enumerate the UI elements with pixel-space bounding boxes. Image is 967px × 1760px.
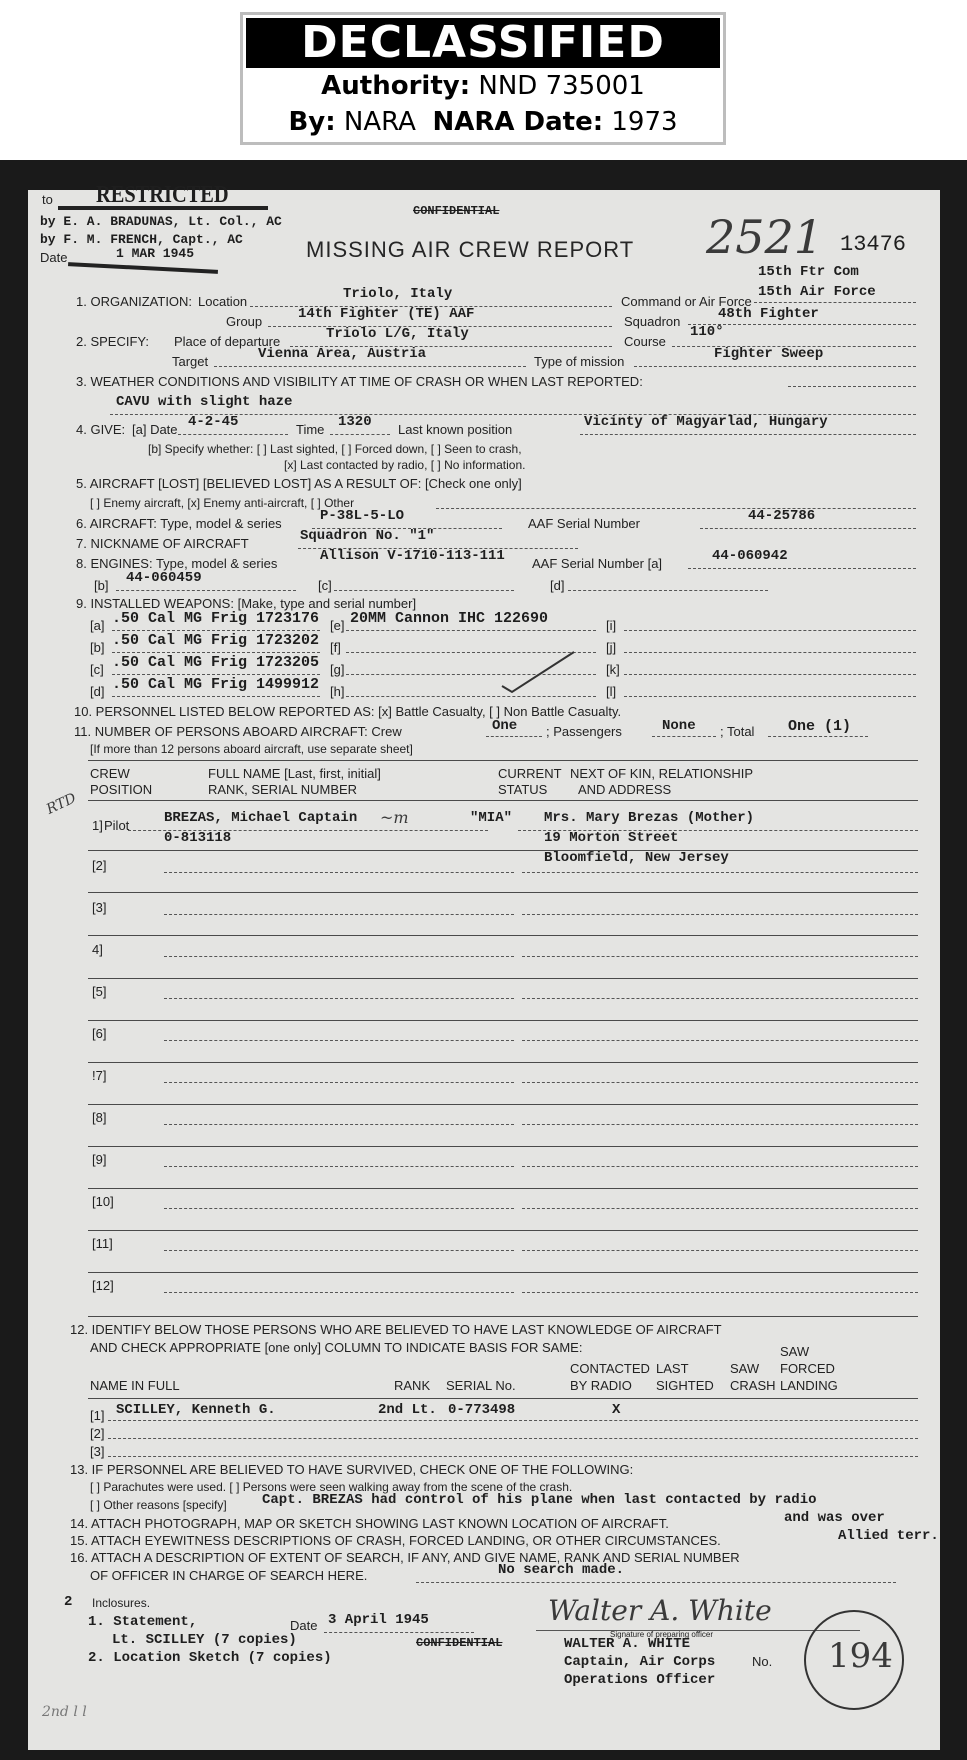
weapon-c: .50 Cal MG Frig 1723205	[112, 654, 319, 671]
mission-value: Fighter Sweep	[714, 346, 823, 362]
header-rank: RANK	[394, 1378, 430, 1393]
knowledge-row-2-num: [2]	[90, 1426, 104, 1441]
squadron-value: 48th Fighter	[718, 306, 819, 322]
crew-row-8-rule	[88, 1146, 918, 1147]
crew-row-12-kin-line	[522, 1292, 918, 1293]
weapon-slot-f: [f]	[330, 640, 341, 655]
inclosure-1: 1. Statement,	[88, 1614, 197, 1630]
weather-line-1	[788, 386, 916, 387]
knowledge-row-1-radio-check: X	[612, 1402, 620, 1418]
engine-serial-a: 44-060942	[712, 548, 788, 564]
initials-mark: ~m	[380, 808, 409, 827]
crew-row-12-num: [12]	[92, 1278, 114, 1293]
header-last-sighted: LAST SIGHTED	[656, 1360, 714, 1394]
passengers-label: ; Passengers	[546, 724, 622, 739]
attach-photo-label: 14. ATTACH PHOTOGRAPH, MAP OR SKETCH SHO…	[70, 1516, 669, 1531]
command-line	[754, 302, 916, 303]
time-line	[330, 434, 390, 435]
crew-row-8-kin-line	[522, 1124, 918, 1125]
header-status: STATUS	[498, 782, 547, 797]
weapons-label: 9. INSTALLED WEAPONS: [Make, type and se…	[76, 596, 416, 611]
last-knowledge-label-1: 12. IDENTIFY BELOW THOSE PERSONS WHO ARE…	[70, 1322, 722, 1337]
header-position: POSITION	[90, 782, 152, 797]
knowledge-header-rule	[88, 1398, 918, 1399]
weapon-c-line	[112, 674, 320, 675]
engine-serial-label: AAF Serial Number [a]	[532, 556, 662, 571]
target-label: Target	[172, 354, 208, 369]
crew-row-1-status: "MIA"	[470, 810, 512, 826]
total-label: ; Total	[720, 724, 754, 739]
crew-row-3-num: [3]	[92, 900, 106, 915]
inclosures-label: Inclosures.	[92, 1596, 150, 1610]
engine-d-label: [d]	[550, 578, 564, 593]
crew-row-1-position: Pilot	[104, 818, 129, 833]
confidential-struck: CONFIDENTIAL	[413, 204, 499, 218]
footer-confidential-struck: CONFIDENTIAL	[416, 1636, 502, 1650]
persons-aboard-label: 11. NUMBER OF PERSONS ABOARD AIRCRAFT: C…	[74, 724, 402, 739]
stamp-authority: Authority: NND 735001	[243, 68, 723, 104]
last-knowledge-label-2: AND CHECK APPROPRIATE [one only] COLUMN …	[90, 1340, 582, 1355]
passengers-line	[652, 736, 716, 737]
header-full-name: FULL NAME [Last, first, initial]	[208, 766, 381, 781]
stamp-by: By: NARA NARA Date: 1973	[243, 104, 723, 140]
organization-label: 1. ORGANIZATION:	[76, 294, 192, 309]
specify-whether: [b] Specify whether: [ ] Last sighted, […	[148, 442, 522, 456]
crew-row-9-name-line	[164, 1166, 514, 1167]
knowledge-row-3-line	[108, 1456, 918, 1457]
crew-row-12-name-line	[164, 1292, 514, 1293]
weapon-slot-i: [i]	[606, 618, 616, 633]
survived-label: 13. IF PERSONNEL ARE BELIEVED TO HAVE SU…	[70, 1462, 633, 1477]
crew-row-9-num: [9]	[92, 1152, 106, 1167]
inclosure-1-detail: Lt. SCILLEY (7 copies)	[112, 1632, 297, 1648]
weapon-slot-k: [k]	[606, 662, 620, 677]
personnel-reported-as: 10. PERSONNEL LISTED BELOW REPORTED AS: …	[74, 704, 621, 719]
restricted-stamp: RESTRICTED	[96, 182, 229, 209]
missing-air-crew-report-form: to RESTRICTED by E. A. BRADUNAS, Lt. Col…	[28, 190, 940, 1750]
crew-row-8-num: [8]	[92, 1110, 106, 1125]
search-label-1: 16. ATTACH A DESCRIPTION OF EXTENT OF SE…	[70, 1550, 740, 1565]
total-count: One (1)	[788, 718, 851, 735]
weapon-slot-e: [e]	[330, 618, 344, 633]
weapon-slot-a: [a]	[90, 618, 104, 633]
weapon-slot-d: [d]	[90, 684, 104, 699]
group-label: Group	[226, 314, 262, 329]
location-label: Location	[198, 294, 247, 309]
header-saw-crash: SAW CRASH	[730, 1360, 776, 1394]
crew-row-9-rule	[88, 1188, 918, 1189]
form-title: MISSING AIR CREW REPORT	[306, 237, 634, 263]
crew-row-2-rule	[88, 892, 918, 893]
knowledge-row-1-serial: 0-773498	[448, 1402, 515, 1418]
crew-row-12-rule	[88, 1316, 918, 1317]
aircraft-type: P-38L-5-LO	[320, 508, 404, 524]
search-label-2: OF OFFICER IN CHARGE OF SEARCH HERE.	[90, 1568, 367, 1583]
crew-row-1-serial: 0-813118	[164, 830, 231, 846]
weapon-l-line	[624, 696, 916, 697]
weapon-e-line	[346, 630, 596, 631]
crew-row-2-name-line	[164, 872, 514, 873]
group-value: 14th Fighter (TE) AAF	[298, 306, 474, 322]
header-rank-serial: RANK, SERIAL NUMBER	[208, 782, 357, 797]
eyewitness-label: 15. ATTACH EYEWITNESS DESCRIPTIONS OF CR…	[70, 1533, 721, 1548]
crew-row-4-name-line	[164, 956, 514, 957]
nickname-label: 7. NICKNAME OF AIRCRAFT	[76, 536, 249, 551]
engine-d-line	[568, 590, 768, 591]
crew-row-10-kin-line	[522, 1208, 918, 1209]
crew-row-6-kin-line	[522, 1040, 918, 1041]
crew-count: One	[492, 718, 517, 734]
crew-row-10-rule	[88, 1230, 918, 1231]
engines-label: 8. ENGINES: Type, model & series	[76, 556, 277, 571]
weather-value: CAVU with slight haze	[116, 394, 292, 410]
crew-row-7-kin-line	[522, 1082, 918, 1083]
target-value: Vienna Area, Austria	[258, 346, 426, 362]
engine-b-line	[116, 590, 296, 591]
rtd-mark: RTD	[44, 790, 79, 818]
crew-row-1-name: BREZAS, Michael Captain	[164, 810, 357, 826]
crew-row-1-address-2: Bloomfield, New Jersey	[544, 850, 729, 866]
date-underline	[68, 262, 218, 274]
crew-row-5-rule	[88, 1020, 918, 1021]
knowledge-row-3-num: [3]	[90, 1444, 104, 1459]
header-current: CURRENT	[498, 766, 562, 781]
engine-type: Allison V-1710-113-111	[320, 548, 505, 564]
weapon-slot-l: [l]	[606, 684, 616, 699]
no-label: No.	[752, 1654, 772, 1669]
signature: Walter A. White	[548, 1594, 772, 1627]
weapon-d-line	[112, 696, 320, 697]
crew-row-5-num: [5]	[92, 984, 106, 999]
weather-label: 3. WEATHER CONDITIONS AND VISIBILITY AT …	[76, 374, 643, 389]
crew-row-11-num: [11]	[92, 1236, 113, 1251]
declass-date: 1 MAR 1945	[116, 246, 194, 261]
to-label: to	[42, 192, 53, 207]
crew-row-10-num: [10]	[92, 1194, 114, 1209]
crew-row-1-address-1: 19 Morton Street	[544, 830, 678, 846]
margin-note: 2nd l l	[42, 1704, 87, 1720]
command-above: 15th Ftr Com	[758, 264, 859, 280]
inclosure-2: 2. Location Sketch (7 copies)	[88, 1650, 332, 1666]
specify-label: 2. SPECIFY:	[76, 334, 149, 349]
departure-value: Triolo L/G, Italy	[326, 326, 469, 342]
separate-sheet-note: [If more than 12 persons aboard aircraft…	[90, 742, 413, 756]
knowledge-row-2-line	[108, 1438, 918, 1439]
target-line	[214, 366, 526, 367]
header-contacted-by-radio: CONTACTED BY RADIO	[570, 1360, 650, 1394]
circled-number: 194	[828, 1636, 893, 1676]
engine-serial-b: 44-060459	[126, 570, 202, 586]
aircraft-serial-label: AAF Serial Number	[528, 516, 640, 531]
crew-row-1-num: 1]	[92, 818, 103, 833]
weapon-d: .50 Cal MG Frig 1499912	[112, 676, 319, 693]
weapon-slot-c: [c]	[90, 662, 104, 677]
engine-serial-a-line	[688, 568, 916, 569]
position-value: Vicinty of Magyarlad, Hungary	[584, 414, 828, 430]
restricted-underline	[58, 206, 268, 210]
report-number: 13476	[840, 232, 906, 257]
declass-by-1: by E. A. BRADUNAS, Lt. Col., AC	[40, 214, 282, 229]
lost-result-label: 5. AIRCRAFT [LOST] [BELIEVED LOST] AS A …	[76, 476, 522, 491]
crew-table-top-rule	[88, 760, 918, 761]
squadron-label: Squadron	[624, 314, 680, 329]
time-value: 1320	[338, 414, 372, 430]
crew-row-2-kin-line	[522, 872, 918, 873]
other-reasons-value: Capt. BREZAS had control of his plane wh…	[262, 1492, 817, 1508]
weapon-h-line	[346, 696, 596, 697]
header-serial-no: SERIAL No.	[446, 1378, 516, 1393]
date-line	[178, 434, 288, 435]
date-value: 4-2-45	[188, 414, 238, 430]
position-label: Last known position	[398, 422, 512, 437]
crew-row-6-num: [6]	[92, 1026, 106, 1041]
crew-row-9-kin-line	[522, 1166, 918, 1167]
nickname-value: Squadron No. "1"	[300, 528, 434, 544]
header-crew: CREW	[90, 766, 130, 781]
stamp-title: DECLASSIFIED	[246, 18, 720, 68]
signature-date-label: Date	[290, 1618, 317, 1633]
weapon-i-line	[624, 630, 916, 631]
course-value: 110°	[690, 324, 724, 340]
engine-c-label: [c]	[318, 578, 332, 593]
header-name-in-full: NAME IN FULL	[90, 1378, 180, 1393]
passengers-count: None	[662, 718, 696, 734]
attach-photo-cont: and was over	[784, 1510, 885, 1526]
crew-row-11-kin-line	[522, 1250, 918, 1251]
aircraft-serial: 44-25786	[748, 508, 815, 524]
signature-date: 3 April 1945	[328, 1612, 429, 1628]
declassified-stamp: DECLASSIFIED Authority: NND 735001 By: N…	[240, 12, 726, 145]
last-contacted-radio: [x] Last contacted by radio, [ ] No info…	[284, 458, 525, 472]
crew-row-7-rule	[88, 1104, 918, 1105]
signature-date-line	[324, 1632, 474, 1633]
knowledge-row-1-rank: 2nd Lt.	[378, 1402, 437, 1418]
crew-count-line	[486, 736, 542, 737]
mission-label: Type of mission	[534, 354, 624, 369]
knowledge-row-1-name: SCILLEY, Kenneth G.	[116, 1402, 276, 1418]
eyewitness-cont: Allied terr.	[838, 1528, 939, 1544]
checkmark-icon	[498, 646, 578, 696]
crew-row-2-num: [2]	[92, 858, 106, 873]
crew-row-7-name-line	[164, 1082, 514, 1083]
weapon-a-line	[112, 630, 320, 631]
header-address: AND ADDRESS	[578, 782, 671, 797]
total-line	[768, 736, 868, 737]
aircraft-label: 6. AIRCRAFT: Type, model & series	[76, 516, 282, 531]
crew-table-header-rule	[88, 800, 918, 801]
weapon-b: .50 Cal MG Frig 1723202	[112, 632, 319, 649]
knowledge-row-1-num: [1]	[90, 1408, 104, 1423]
weapon-e: 20MM Cannon IHC 122690	[350, 610, 548, 627]
aircraft-serial-line	[700, 528, 916, 529]
engine-c-line	[334, 590, 514, 591]
position-line	[580, 434, 916, 435]
header-saw-forced-landing: SAW FORCED LANDING	[780, 1343, 838, 1394]
header-next-of-kin: NEXT OF KIN, RELATIONSHIP	[570, 766, 753, 781]
weapon-slot-b: [b]	[90, 640, 104, 655]
crew-row-11-name-line	[164, 1250, 514, 1251]
crew-row-1-kin: Mrs. Mary Brezas (Mother)	[544, 810, 754, 826]
crew-row-3-kin-line	[522, 914, 918, 915]
crew-row-8-name-line	[164, 1124, 514, 1125]
weapon-slot-g: [g]	[330, 662, 344, 677]
command-value: 15th Air Force	[758, 284, 876, 300]
mission-line	[634, 366, 916, 367]
crew-row-11-rule	[88, 1272, 918, 1273]
time-label: Time	[296, 422, 324, 437]
weapon-slot-j: [j]	[606, 640, 616, 655]
officer-name: WALTER A. WHITE	[564, 1636, 690, 1652]
other-reasons-label: [ ] Other reasons [specify]	[90, 1498, 227, 1512]
officer-title: Operations Officer	[564, 1672, 715, 1688]
crew-row-6-rule	[88, 1062, 918, 1063]
weapon-k-line	[624, 674, 916, 675]
crew-row-4-num: 4]	[92, 942, 103, 957]
crew-row-3-rule	[88, 935, 918, 936]
crew-row-10-name-line	[164, 1208, 514, 1209]
crew-row-5-name-line	[164, 998, 514, 999]
search-line	[416, 1582, 896, 1583]
weapon-b-line	[112, 652, 320, 653]
crew-row-4-kin-line	[522, 956, 918, 957]
inclosures-count: 2	[64, 1594, 72, 1610]
lost-result-options: [ ] Enemy aircraft, [x] Enemy anti-aircr…	[90, 496, 354, 510]
knowledge-row-1-line	[108, 1420, 918, 1421]
declass-by-2: by F. M. FRENCH, Capt., AC	[40, 232, 243, 247]
course-label: Course	[624, 334, 666, 349]
crew-row-7-num: !7]	[92, 1068, 106, 1083]
declass-date-label: Date	[40, 250, 67, 265]
crew-row-6-name-line	[164, 1040, 514, 1041]
weapon-a: .50 Cal MG Frig 1723176	[112, 610, 319, 627]
date-label: [a] Date	[132, 422, 178, 437]
location-value: Triolo, Italy	[343, 286, 452, 302]
crew-row-5-kin-line	[522, 998, 918, 999]
give-label: 4. GIVE:	[76, 422, 125, 437]
other-line	[436, 508, 916, 509]
officer-rank: Captain, Air Corps	[564, 1654, 715, 1670]
handwritten-report-number: 2521	[706, 210, 823, 264]
weapon-slot-h: [h]	[330, 684, 344, 699]
crew-row-4-rule	[88, 978, 918, 979]
crew-row-1-rule	[88, 850, 918, 851]
crew-row-3-name-line	[164, 914, 514, 915]
weapon-j-line	[624, 652, 916, 653]
search-value: No search made.	[498, 1562, 624, 1578]
engine-b-label: [b]	[94, 578, 108, 593]
